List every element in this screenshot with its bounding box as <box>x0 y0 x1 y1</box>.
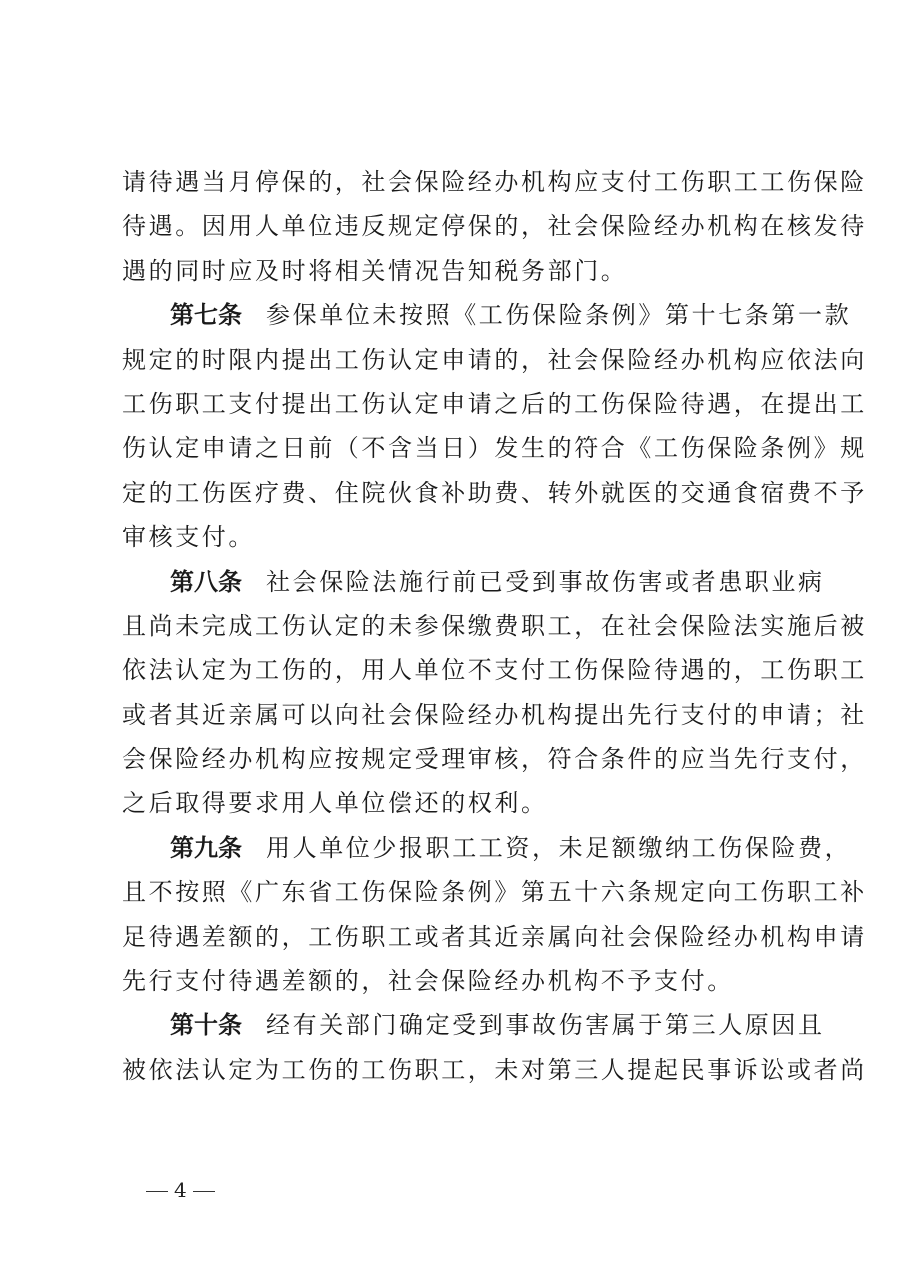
text-line: 先行支付待遇差额的，社会保险经办机构不予支付。 <box>122 959 790 1003</box>
text-line: 工伤职工支付提出工伤认定申请之后的工伤保险待遇，在提出工 <box>122 382 790 426</box>
text-line: 之后取得要求用人单位偿还的权利。 <box>122 781 790 825</box>
article-10-first-line: 第十条经有关部门确定受到事故伤害属于第三人原因且 <box>122 1003 790 1047</box>
dash-right <box>193 1191 215 1192</box>
text-line: 定的工伤医疗费、住院伙食补助费、转外就医的交通食宿费不予 <box>122 471 790 515</box>
text-line: 会保险经办机构应按规定受理审核，符合条件的应当先行支付， <box>122 737 790 781</box>
text-line: 待遇。因用人单位违反规定停保的，社会保险经办机构在核发待 <box>122 204 790 248</box>
article-8-first-line: 第八条社会保险法施行前已受到事故伤害或者患职业病 <box>122 560 790 604</box>
article-9-first-line: 第九条用人单位少报职工工资，未足额缴纳工伤保险费， <box>122 826 790 870</box>
article-text: 社会保险法施行前已受到事故伤害或者患职业病 <box>266 568 825 596</box>
text-line: 审核支付。 <box>122 515 790 559</box>
text-line: 或者其近亲属可以向社会保险经办机构提出先行支付的申请；社 <box>122 693 790 737</box>
dash-left <box>146 1191 168 1192</box>
article-text: 用人单位少报职工工资，未足额缴纳工伤保险费， <box>266 834 851 862</box>
text-line: 请待遇当月停保的，社会保险经办机构应支付工伤职工工伤保险 <box>122 160 790 204</box>
article-7-first-line: 第七条参保单位未按照《工伤保险条例》第十七条第一款 <box>122 293 790 337</box>
text-line: 遇的同时应及时将相关情况告知税务部门。 <box>122 249 790 293</box>
text-line: 且不按照《广东省工伤保险条例》第五十六条规定向工伤职工补 <box>122 870 790 914</box>
page-number: 4 <box>140 1178 221 1202</box>
document-page: 请待遇当月停保的，社会保险经办机构应支付工伤职工工伤保险 待遇。因用人单位违反规… <box>0 0 900 1272</box>
page-number-value: 4 <box>174 1178 187 1202</box>
text-line: 伤认定申请之日前（不含当日）发生的符合《工伤保险条例》规 <box>122 426 790 470</box>
document-body: 请待遇当月停保的，社会保险经办机构应支付工伤职工工伤保险 待遇。因用人单位违反规… <box>122 160 790 1092</box>
text-line: 被依法认定为工伤的工伤职工，未对第三人提起民事诉讼或者尚 <box>122 1048 790 1092</box>
text-line: 依法认定为工伤的，用人单位不支付工伤保险待遇的，工伤职工 <box>122 648 790 692</box>
article-heading: 第九条 <box>170 834 242 862</box>
article-heading: 第十条 <box>170 1011 242 1039</box>
text-line: 且尚未完成工伤认定的未参保缴费职工，在社会保险法实施后被 <box>122 604 790 648</box>
article-heading: 第八条 <box>170 568 242 596</box>
article-text: 参保单位未按照《工伤保险条例》第十七条第一款 <box>266 301 851 329</box>
article-heading: 第七条 <box>170 301 242 329</box>
text-line: 足待遇差额的，工伤职工或者其近亲属向社会保险经办机构申请 <box>122 915 790 959</box>
article-text: 经有关部门确定受到事故伤害属于第三人原因且 <box>266 1011 825 1039</box>
text-line: 规定的时限内提出工伤认定申请的，社会保险经办机构应依法向 <box>122 338 790 382</box>
